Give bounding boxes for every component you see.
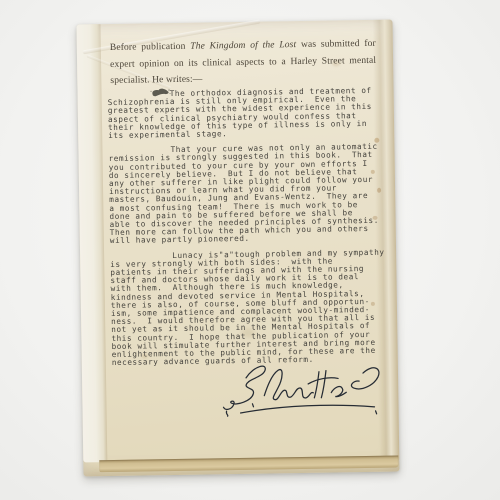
printed-intro: Before publication The Kingdom of the Lo… bbox=[110, 36, 377, 90]
typed-paragraph: The orthodox diagnosis and treatment of … bbox=[108, 87, 389, 141]
typed-paragraph: That your cure was not only an automatic… bbox=[108, 143, 390, 246]
book-title: The Kingdom of the Lost bbox=[190, 39, 296, 52]
typed-paragraph: Lunacy is"a"tough problem and my sympath… bbox=[110, 248, 392, 367]
book-back-cover: Before publication The Kingdom of the Lo… bbox=[76, 20, 399, 477]
handwritten-signature bbox=[212, 356, 389, 429]
page-block-edge bbox=[99, 456, 398, 473]
jacket-spine-edge bbox=[76, 24, 107, 462]
typed-letter: The orthodox diagnosis and treatment of … bbox=[108, 87, 392, 375]
photo-backdrop: { "colors": { "backdrop": "#f2f2f0", "ja… bbox=[0, 0, 500, 500]
intro-text-before-title: Before publication bbox=[110, 41, 191, 53]
